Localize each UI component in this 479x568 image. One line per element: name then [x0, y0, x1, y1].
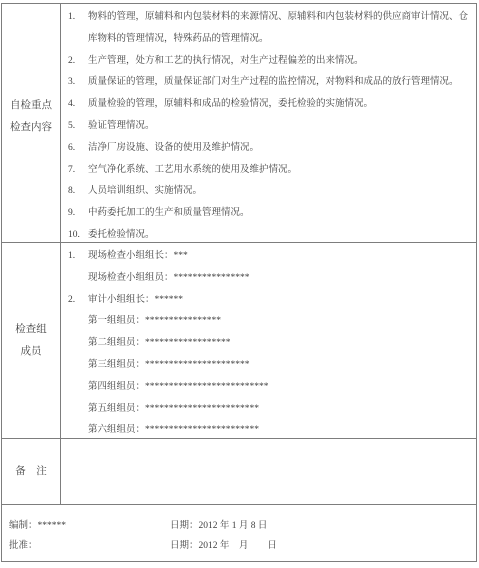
- masked-name-value: ******: [155, 295, 184, 305]
- prepared-line: 编制：****** 日期：2012 年 1 月 8 日: [9, 516, 476, 536]
- list-item: 6.洁净厂房设施、设备的使用及维护情况。: [68, 138, 475, 160]
- item-number: 5.: [68, 116, 88, 138]
- masked-name-value: ***: [174, 251, 188, 261]
- item-number: 8.: [68, 181, 88, 203]
- date-label: 日期：: [170, 541, 199, 551]
- team-line: 现场检查小组组员：****************: [68, 268, 475, 290]
- list-item: 1.物料的管理，原辅料和内包装材料的来源情况、原辅料和内包装材料的供应商审计情况…: [68, 7, 475, 51]
- row-label-line-2: 检查内容: [10, 117, 52, 139]
- team-role-label: 第二组组员：: [88, 338, 145, 348]
- item-number: 3.: [68, 72, 88, 94]
- item-number: 2.: [68, 51, 88, 73]
- prepared-date: 日期：2012 年 1 月 8 日: [170, 516, 267, 536]
- item-text: 委托检验情况。: [88, 225, 475, 242]
- team-role-label: 第四组组员：: [88, 382, 145, 392]
- item-number: [68, 377, 88, 399]
- item-number: [68, 355, 88, 377]
- row-label-line-1: 备 注: [15, 461, 47, 483]
- list-item: 5.验证管理情况。: [68, 116, 475, 138]
- list-item: 8.人员培训组织、实施情况。: [68, 181, 475, 203]
- item-text: 质量保证的管理，质量保证部门对生产过程的监控情况，对物料和成品的放行管理情况。: [88, 72, 475, 94]
- item-text: 生产管理，处方和工艺的执行情况，对生产过程偏差的出来情况。: [88, 51, 475, 73]
- item-number: [68, 333, 88, 355]
- prepared-by: 编制：******: [9, 516, 170, 536]
- masked-name-value: **************************: [145, 382, 269, 392]
- approved-line: 批准： 日期：2012 年 月 日: [9, 536, 476, 556]
- list-item: 3.质量保证的管理，质量保证部门对生产过程的监控情况，对物料和成品的放行管理情况…: [68, 72, 475, 94]
- item-text: 物料的管理，原辅料和内包装材料的来源情况、原辅料和内包装材料的供应商审计情况、仓…: [88, 7, 475, 51]
- team-role-label: 第一组组员：: [88, 316, 145, 326]
- item-number: [68, 399, 88, 421]
- team-role-label: 第三组组员：: [88, 360, 145, 370]
- remarks-content: [61, 439, 476, 504]
- team-line: 第四组组员：**************************: [68, 377, 475, 399]
- item-number: [68, 311, 88, 333]
- team-role-label: 现场检查小组组长：: [88, 251, 174, 261]
- item-number: 10.: [68, 225, 88, 242]
- approved-date: 日期：2012 年 月 日: [170, 536, 277, 556]
- item-text: 质量检验的管理，原辅料和成品的检验情况，委托检验的实施情况。: [88, 94, 475, 116]
- date-label: 日期：: [170, 521, 199, 531]
- row-label-line-1: 检查组: [15, 319, 47, 341]
- date-value: 2012 年 月 日: [199, 541, 277, 551]
- team-line: 第一组组员：****************: [68, 311, 475, 333]
- list-item: 4.质量检验的管理，原辅料和成品的检验情况，委托检验的实施情况。: [68, 94, 475, 116]
- item-number: 1.: [68, 246, 88, 268]
- masked-name-value: ****************: [174, 273, 250, 283]
- inspection-content-list: 1.物料的管理，原辅料和内包装材料的来源情况、原辅料和内包装材料的供应商审计情况…: [61, 4, 476, 242]
- item-text: 洁净厂房设施、设备的使用及维护情况。: [88, 138, 475, 160]
- masked-name-value: ******************: [145, 338, 231, 348]
- item-number: 1.: [68, 7, 88, 51]
- row-label-line-1: 自检重点: [10, 95, 52, 117]
- item-number: [68, 268, 88, 290]
- item-text: 人员培训组织、实施情况。: [88, 181, 475, 203]
- masked-name-value: ************************: [145, 425, 259, 435]
- approved-label: 批准：: [9, 541, 38, 551]
- prepared-label: 编制：: [9, 521, 38, 531]
- team-role-label: 现场检查小组组员：: [88, 273, 174, 283]
- self-inspection-table: 自检重点 检查内容 1.物料的管理，原辅料和内包装材料的来源情况、原辅料和内包装…: [1, 3, 477, 562]
- inspection-content-row: 自检重点 检查内容 1.物料的管理，原辅料和内包装材料的来源情况、原辅料和内包装…: [2, 4, 476, 243]
- team-line: 2.审计小组组长：******: [68, 290, 475, 312]
- team-line: 1.现场检查小组组长：***: [68, 246, 475, 268]
- inspection-team-row-label: 检查组 成员: [2, 243, 61, 438]
- team-line: 第六组组员：************************: [68, 420, 475, 438]
- approved-by: 批准：: [9, 536, 170, 556]
- remarks-row-label: 备 注: [2, 439, 61, 504]
- date-value: 2012 年 1 月 8 日: [199, 521, 268, 531]
- inspection-content-row-label: 自检重点 检查内容: [2, 4, 61, 242]
- item-number: [68, 420, 88, 438]
- list-item: 9.中药委托加工的生产和质量管理情况。: [68, 203, 475, 225]
- item-number: 2.: [68, 290, 88, 312]
- masked-name-value: ************************: [145, 404, 259, 414]
- item-text: 空气净化系统、工艺用水系统的使用及维护情况。: [88, 160, 475, 182]
- item-number: 7.: [68, 160, 88, 182]
- list-item: 2.生产管理，处方和工艺的执行情况，对生产过程偏差的出来情况。: [68, 51, 475, 73]
- signoff-row: 编制：****** 日期：2012 年 1 月 8 日 批准： 日期：2012 …: [2, 505, 476, 561]
- item-number: 4.: [68, 94, 88, 116]
- prepared-value: ******: [38, 521, 67, 531]
- document-page: 自检重点 检查内容 1.物料的管理，原辅料和内包装材料的来源情况、原辅料和内包装…: [0, 0, 479, 568]
- remarks-row: 备 注: [2, 439, 476, 505]
- inspection-team-row: 检查组 成员 1.现场检查小组组长：*** 现场检查小组组员：*********…: [2, 243, 476, 439]
- item-text: 验证管理情况。: [88, 116, 475, 138]
- item-number: 9.: [68, 203, 88, 225]
- list-item: 7.空气净化系统、工艺用水系统的使用及维护情况。: [68, 160, 475, 182]
- item-text: 中药委托加工的生产和质量管理情况。: [88, 203, 475, 225]
- masked-name-value: ****************: [145, 316, 221, 326]
- team-role-label: 审计小组组长：: [88, 295, 155, 305]
- item-number: 6.: [68, 138, 88, 160]
- inspection-team-list: 1.现场检查小组组长：*** 现场检查小组组员：****************…: [61, 243, 476, 438]
- team-line: 第二组组员：******************: [68, 333, 475, 355]
- team-line: 第三组组员：**********************: [68, 355, 475, 377]
- masked-name-value: **********************: [145, 360, 250, 370]
- row-label-line-2: 成员: [21, 341, 42, 363]
- list-item: 10.委托检验情况。: [68, 225, 475, 242]
- team-line: 第五组组员：************************: [68, 399, 475, 421]
- team-role-label: 第六组组员：: [88, 425, 145, 435]
- team-role-label: 第五组组员：: [88, 404, 145, 414]
